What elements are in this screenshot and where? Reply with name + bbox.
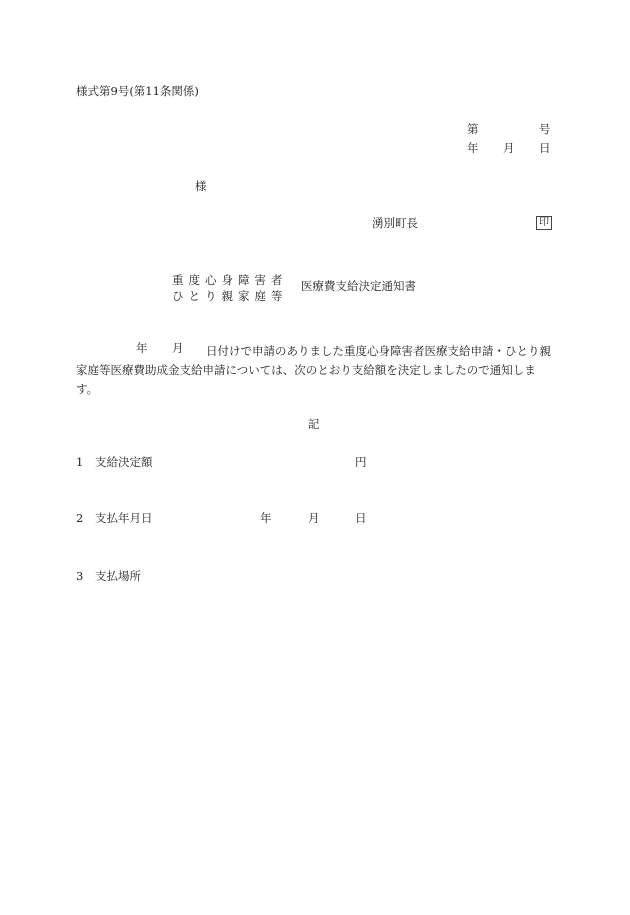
ki-heading: 記 [308,419,320,431]
title-line2: ひとり親家庭等 [172,288,288,304]
form-label: 様式第9号(第11条関係) [76,86,199,98]
seal-box: 印 [536,216,552,230]
addressee-suffix: 様 [195,181,207,193]
title-prefix: 重度心身障害者 ひとり親家庭等 [172,272,288,304]
item-1-unit: 円 [355,457,367,469]
date-month: 月 [503,143,515,155]
document-title: 医療費支給決定通知書 [301,281,416,293]
item-2-label: 支払年月日 [95,513,153,525]
item-3-label: 支払場所 [95,571,141,583]
item-2-month: 月 [308,513,320,525]
body-text: 日付けで申請のありました重度心身障害者医療支給申請・ひとり親家庭等医療費助成金支… [76,342,552,399]
seal-icon: 印 [536,216,552,230]
issuer-name: 湧別町長 [372,218,418,230]
item-1-label: 支給決定額 [95,457,153,469]
number-prefix: 第 [467,124,479,136]
title-line1: 重度心身障害者 [172,272,288,288]
item-2-num: 2 [76,513,83,525]
item-3-num: 3 [76,571,83,583]
date-year: 年 [467,143,479,155]
body-text-content: 日付けで申請のありました重度心身障害者医療支給申請・ひとり親家庭等医療費助成金支… [76,344,551,396]
item-2-year: 年 [260,513,272,525]
item-1-num: 1 [76,457,83,469]
date-day: 日 [539,143,551,155]
number-suffix: 号 [539,124,551,136]
item-2-day: 日 [355,513,367,525]
